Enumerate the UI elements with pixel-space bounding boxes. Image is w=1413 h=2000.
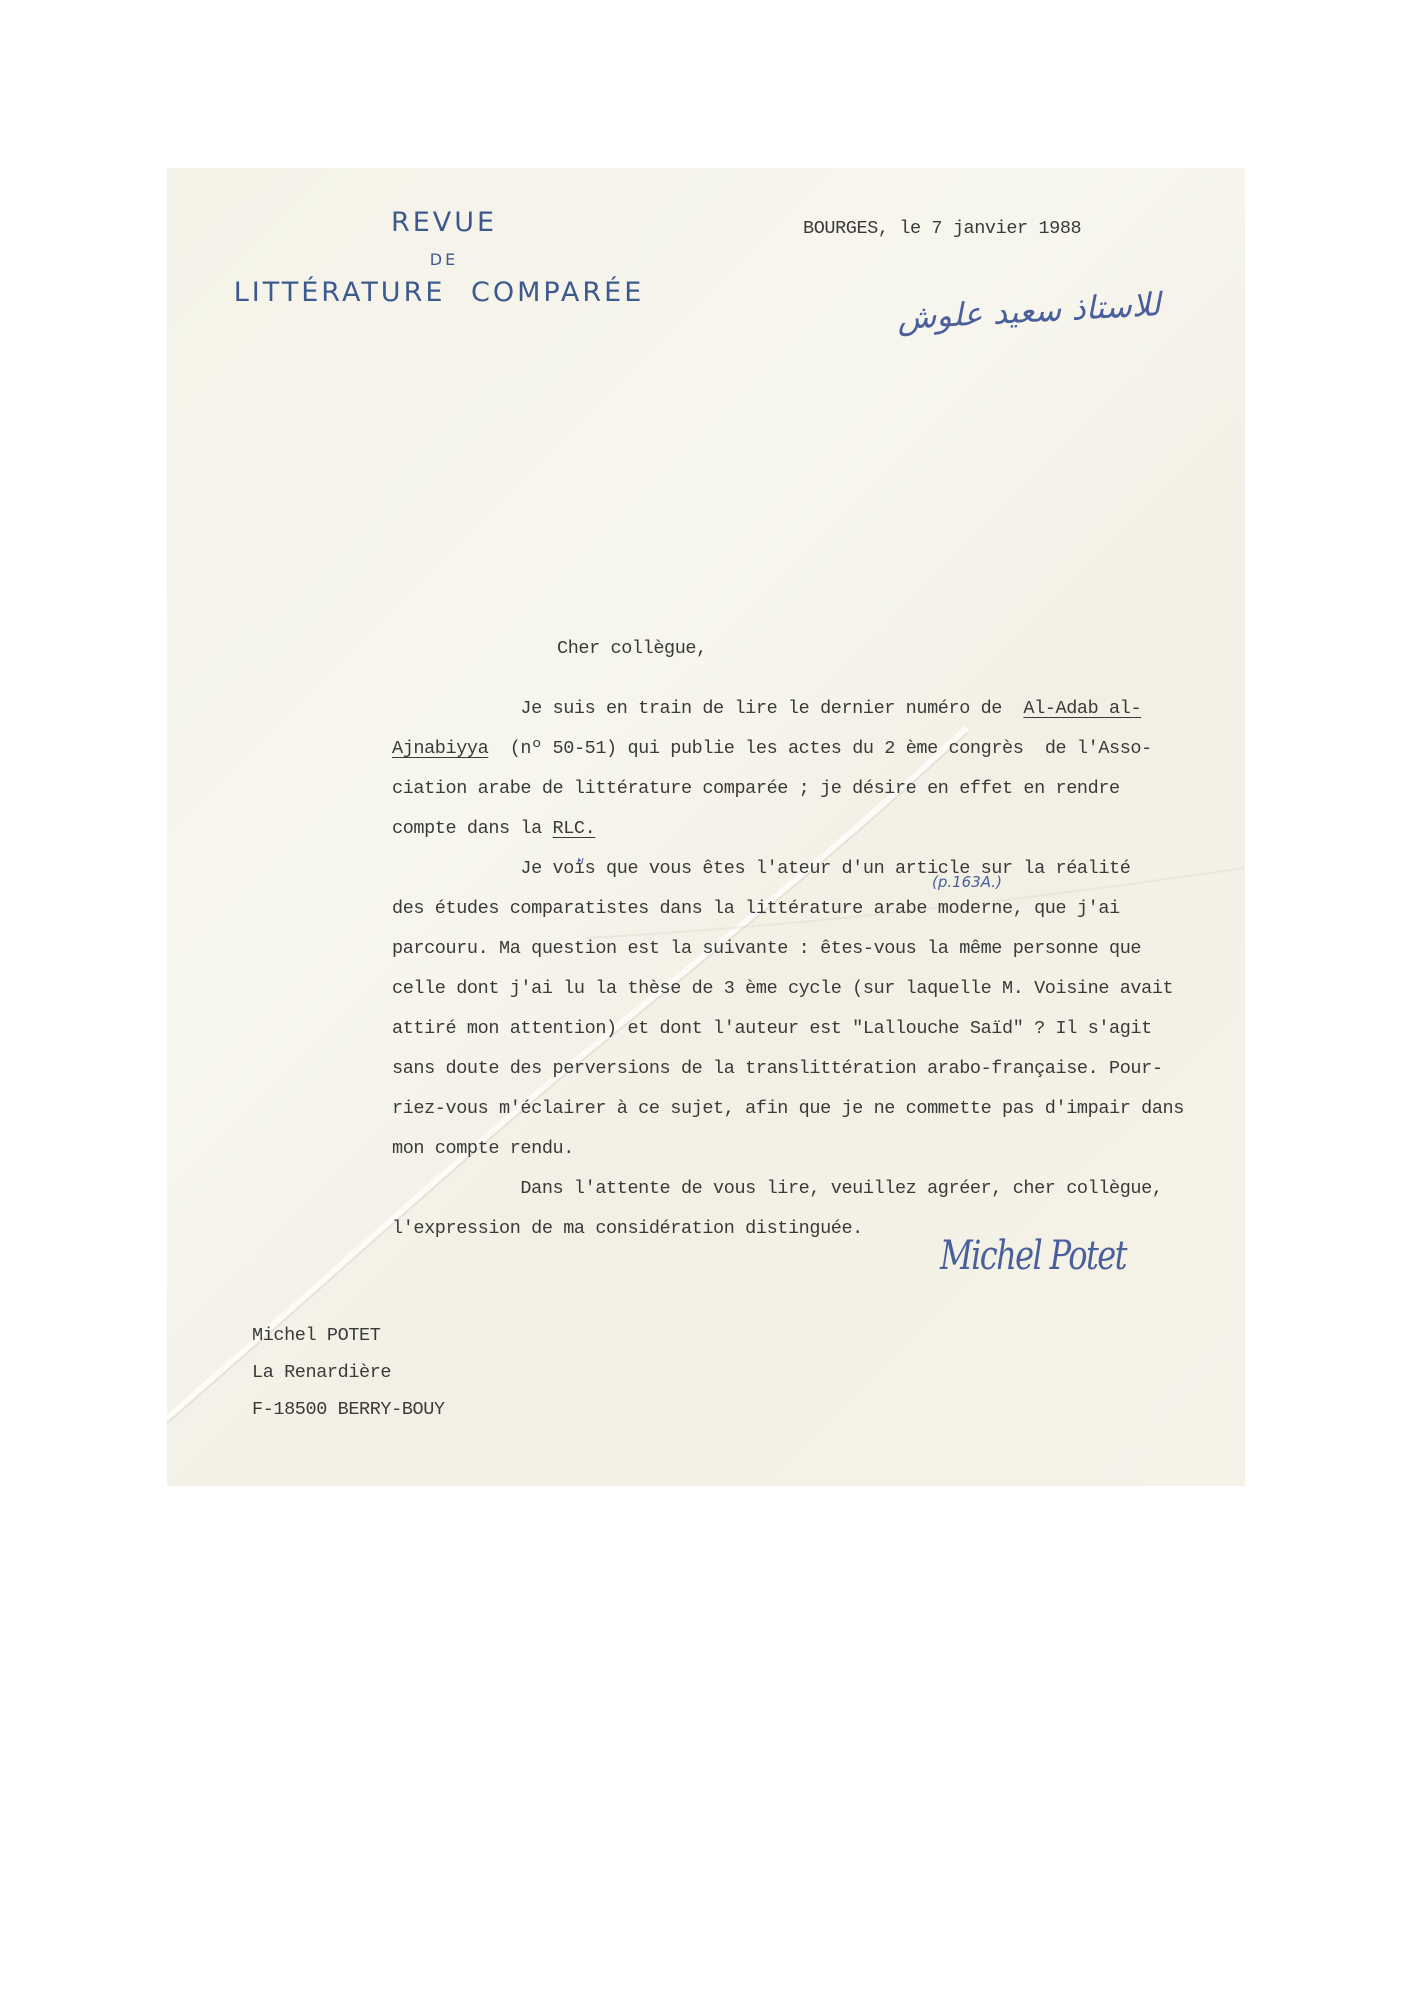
body-line: compte dans la RLC. (392, 818, 595, 839)
salutation: Cher collègue, (557, 638, 707, 659)
underlined-title: Ajnabiyya (392, 738, 488, 759)
body-line: Je vois que vous êtes l'ateur d'un artic… (392, 858, 1130, 879)
body-line: celle dont j'ai lu la thèse de 3 ème cyc… (392, 978, 1173, 999)
body-line: sans doute des perversions de la transli… (392, 1058, 1163, 1079)
body-line: mon compte rendu. (392, 1138, 574, 1159)
letterhead-de: DE (224, 248, 664, 272)
letter-page: REVUE DE LITTÉRATURE COMPARÉE BOURGES, l… (167, 168, 1245, 1486)
body-text-segment: mon compte rendu. (392, 1138, 574, 1159)
body-line: attiré mon attention) et dont l'auteur e… (392, 1018, 1152, 1039)
body-text-segment: riez-vous m'éclairer à ce sujet, afin qu… (392, 1098, 1184, 1119)
letterhead-revue: REVUE (224, 208, 664, 238)
underlined-title: Al-Adab al- (1023, 698, 1141, 719)
body-text-segment: (nº 50-51) qui publie les actes du 2 ème… (488, 738, 1152, 759)
handwritten-arabic-note: للاستاذ سعيد علوش (896, 285, 1161, 337)
sender-name: Michel POTET (252, 1325, 445, 1362)
place-date: BOURGES, le 7 janvier 1988 (803, 218, 1081, 239)
body-text-segment: Je suis en train de lire le dernier numé… (392, 698, 1023, 719)
sender-address-line2: F-18500 BERRY-BOUY (252, 1399, 445, 1436)
body-text-segment: des études comparatistes dans la littéra… (392, 898, 1120, 919)
body-text-segment: parcouru. Ma question est la suivante : … (392, 938, 1141, 959)
body-line: riez-vous m'éclairer à ce sujet, afin qu… (392, 1098, 1184, 1119)
body-line: Dans l'attente de vous lire, veuillez ag… (392, 1178, 1163, 1199)
body-text-segment: compte dans la (392, 818, 553, 839)
sender-address-line1: La Renardière (252, 1362, 445, 1399)
paper-crease (167, 168, 1245, 1486)
body-text-segment: ciation arabe de littérature comparée ; … (392, 778, 1120, 799)
body-line: l'expression de ma considération disting… (392, 1218, 863, 1239)
sender-block: Michel POTET La Renardière F-18500 BERRY… (252, 1325, 445, 1436)
body-text-segment: Dans l'attente de vous lire, veuillez ag… (392, 1178, 1163, 1199)
letterhead-title: LITTÉRATURE COMPARÉE (214, 278, 664, 308)
body-line: ciation arabe de littérature comparée ; … (392, 778, 1120, 799)
body-line: Ajnabiyya (nº 50-51) qui publie les acte… (392, 738, 1152, 759)
body-text-segment: sans doute des perversions de la transli… (392, 1058, 1163, 1079)
letterhead: REVUE DE LITTÉRATURE COMPARÉE (214, 208, 664, 308)
underlined-title: RLC. (553, 818, 596, 839)
body-text-segment: celle dont j'ai lu la thèse de 3 ème cyc… (392, 978, 1173, 999)
body-text-segment: l'expression de ma considération disting… (392, 1218, 863, 1239)
body-line: des études comparatistes dans la littéra… (392, 898, 1120, 919)
body-line: Je suis en train de lire le dernier numé… (392, 698, 1141, 719)
signature: Michel Potet (940, 1233, 1126, 1279)
body-line: parcouru. Ma question est la suivante : … (392, 938, 1141, 959)
body-text-segment: Je vois que vous êtes l'ateur d'un artic… (392, 858, 1130, 879)
body-text-segment: attiré mon attention) et dont l'auteur e… (392, 1018, 1152, 1039)
